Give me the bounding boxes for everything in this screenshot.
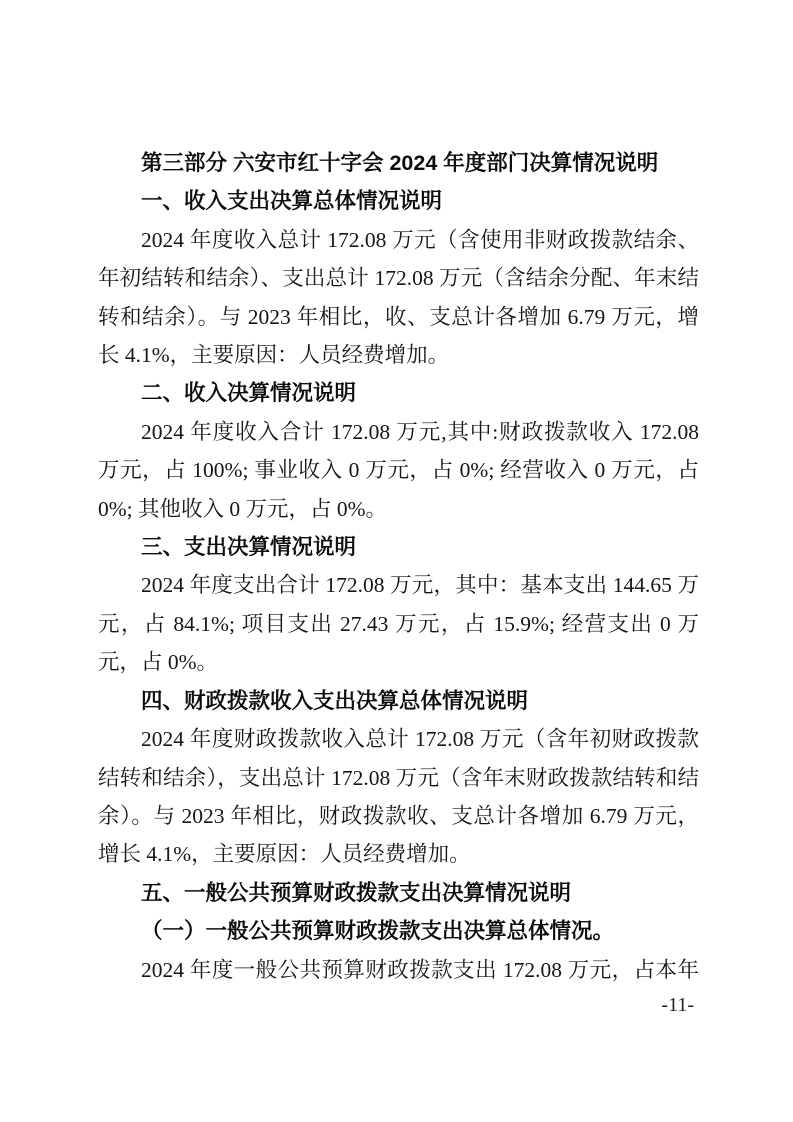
section-1: 一、收入支出决算总体情况说明 2024 年度收入总计 172.08 万元（含使用… xyxy=(98,182,699,374)
section-1-paragraph: 2024 年度收入总计 172.08 万元（含使用非财政拨款结余、年初结转和结余… xyxy=(98,221,699,375)
section-4: 四、财政拨款收入支出决算总体情况说明 2024 年度财政拨款收入总计 172.0… xyxy=(98,682,699,874)
document-body: 第三部分 六安市红十字会 2024 年度部门决算情况说明 一、收入支出决算总体情… xyxy=(98,144,699,989)
section-2-heading: 二、收入决算情况说明 xyxy=(98,374,699,412)
section-5-paragraph: 2024 年度一般公共预算财政拨款支出 172.08 万元，占本年 xyxy=(98,951,699,989)
section-4-heading: 四、财政拨款收入支出决算总体情况说明 xyxy=(98,682,699,720)
section-1-heading: 一、收入支出决算总体情况说明 xyxy=(98,182,699,220)
section-5: 五、一般公共预算财政拨款支出决算情况说明 （一）一般公共预算财政拨款支出决算总体… xyxy=(98,874,699,989)
section-3: 三、支出决算情况说明 2024 年度支出合计 172.08 万元，其中：基本支出… xyxy=(98,528,699,682)
section-2: 二、收入决算情况说明 2024 年度收入合计 172.08 万元,其中:财政拨款… xyxy=(98,374,699,528)
section-2-paragraph: 2024 年度收入合计 172.08 万元,其中:财政拨款收入 172.08 万… xyxy=(98,413,699,528)
section-3-paragraph: 2024 年度支出合计 172.08 万元，其中：基本支出 144.65 万元，… xyxy=(98,566,699,681)
page-number: -11- xyxy=(661,986,694,1024)
document-title: 第三部分 六安市红十字会 2024 年度部门决算情况说明 xyxy=(98,144,699,182)
section-3-heading: 三、支出决算情况说明 xyxy=(98,528,699,566)
section-5-heading: 五、一般公共预算财政拨款支出决算情况说明 xyxy=(98,874,699,912)
section-4-paragraph: 2024 年度财政拨款收入总计 172.08 万元（含年初财政拨款结转和结余），… xyxy=(98,720,699,874)
document-page: 第三部分 六安市红十字会 2024 年度部门决算情况说明 一、收入支出决算总体情… xyxy=(0,0,793,1122)
section-5-subheading: （一）一般公共预算财政拨款支出决算总体情况。 xyxy=(98,912,699,950)
